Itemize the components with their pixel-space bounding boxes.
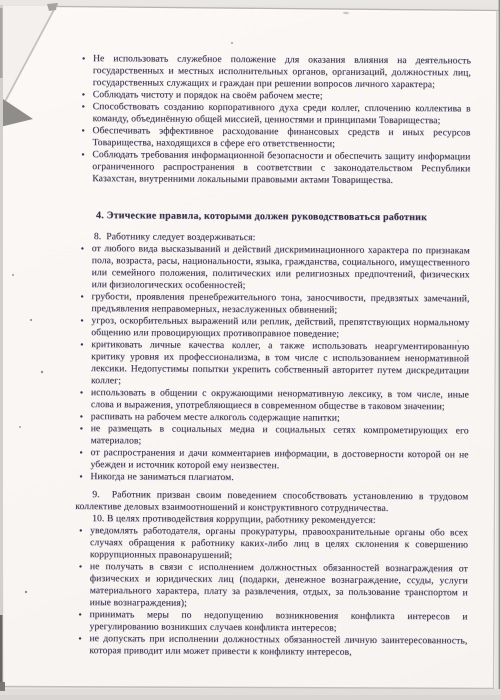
bullet-icon: ● <box>79 612 82 618</box>
bullet-item: ●Способствовать созданию корпоративного … <box>93 101 471 127</box>
bullet-text: Обеспечивать эффективное расходование фи… <box>92 125 470 149</box>
bullet-text: не размещать в социальных медиа и социал… <box>91 423 469 446</box>
bullet-text: Соблюдать требования информационной безо… <box>92 149 470 186</box>
bullet-icon: ● <box>80 414 83 420</box>
bullet-list-refrain: ●от любого вида высказываний и действий … <box>75 243 469 485</box>
bullet-item: ●Никогда не заниматься плагиатом. <box>90 471 468 485</box>
bullet-list-duties: ●Не использовать служебное положение для… <box>77 53 471 187</box>
bullet-icon: ● <box>79 528 82 534</box>
bullet-icon: ● <box>80 342 83 348</box>
bullet-icon: ● <box>80 450 83 456</box>
bullet-text: критиковать личные качества коллег, а та… <box>91 339 469 386</box>
bullet-text: от распространения и дачи комментариев и… <box>90 447 468 471</box>
bullet-icon: ● <box>80 390 83 396</box>
bullet-text: не допускать при исполнении должностных … <box>89 633 467 658</box>
bullet-item: ●Соблюдать требования информационной без… <box>92 149 470 187</box>
bullet-item: ●грубости, проявления пренебрежительного… <box>91 291 469 317</box>
bullet-item: ●критиковать личные качества коллег, а т… <box>91 339 469 389</box>
bullet-text: принимать меры по недопущению возникнове… <box>89 609 467 634</box>
bullet-item: ●принимать меры по недопущению возникнов… <box>89 609 467 635</box>
bullet-text: угроз, оскорбительных выражений или репл… <box>91 315 469 340</box>
bullet-text: распивать на рабочем месте алкоголь соде… <box>91 411 340 424</box>
bullet-item: ●Обеспечивать эффективное расходование ф… <box>92 125 470 151</box>
bullet-item: ●не получать в связи с исполнением должн… <box>90 561 468 611</box>
bullet-item: ●уведомлять работодателя, органы прокура… <box>90 525 468 563</box>
scanner-strip-bottom-dark <box>0 695 501 700</box>
paragraph-9: 9. Работник призван своим поведением спо… <box>75 489 468 515</box>
bullet-icon: ● <box>81 152 84 158</box>
section-heading-4: 4. Этические правила, которыми должен ру… <box>77 210 470 224</box>
bullet-text: Соблюдать чистоту и порядок на своём раб… <box>93 89 323 101</box>
bullet-text: Способствовать созданию корпоративного д… <box>93 101 471 126</box>
bullet-item: ●не размещать в социальных медиа и социа… <box>91 423 469 449</box>
bullet-list-anticorruption: ●уведомлять работодателя, органы прокура… <box>74 525 468 659</box>
bullet-text: Не использовать служебное положение для … <box>93 53 471 90</box>
bullet-text: Никогда не заниматься плагиатом. <box>90 471 233 483</box>
bullet-icon: ● <box>82 104 85 110</box>
bullet-icon: ● <box>78 636 81 642</box>
bullet-item: ●угроз, оскорбительных выражений или реп… <box>91 315 469 341</box>
scanner-strip-bottom <box>0 689 501 700</box>
bullet-text: использовать в общении с окружающими нен… <box>91 387 469 412</box>
bullet-icon: ● <box>82 92 85 98</box>
bullet-text: от любого вида высказываний и действий д… <box>92 243 470 291</box>
bullet-icon: ● <box>79 564 82 570</box>
bullet-icon: ● <box>80 426 83 432</box>
scanner-strip-top <box>0 0 501 5</box>
left-edge-dark-segment-bottom <box>0 615 3 690</box>
bullet-item: ●использовать в общении с окружающими не… <box>91 387 469 413</box>
bullet-text: грубости, проявления пренебрежительного … <box>91 291 469 316</box>
bullet-item: ●от любого вида высказываний и действий … <box>92 243 470 293</box>
document-body: ●Не использовать служебное положение для… <box>74 53 471 659</box>
bullet-icon: ● <box>80 318 83 324</box>
bullet-text: не получать в связи с исполнением должно… <box>90 561 468 609</box>
bullet-icon: ● <box>81 246 84 252</box>
bullet-item: ●не допускать при исполнении должностных… <box>89 633 467 659</box>
bullet-icon: ● <box>82 128 85 134</box>
bullet-item: ●от распространения и дачи комментариев … <box>90 447 468 473</box>
bullet-text: уведомлять работодателя, органы прокурат… <box>90 525 468 561</box>
left-edge-dark-segment-top <box>0 8 3 78</box>
bullet-icon: ● <box>82 56 85 62</box>
bullet-item: ●Не использовать служебное положение для… <box>93 53 471 91</box>
bullet-icon: ● <box>80 294 83 300</box>
bullet-icon: ● <box>79 474 82 480</box>
scanner-background: ●Не использовать служебное положение для… <box>0 0 501 700</box>
